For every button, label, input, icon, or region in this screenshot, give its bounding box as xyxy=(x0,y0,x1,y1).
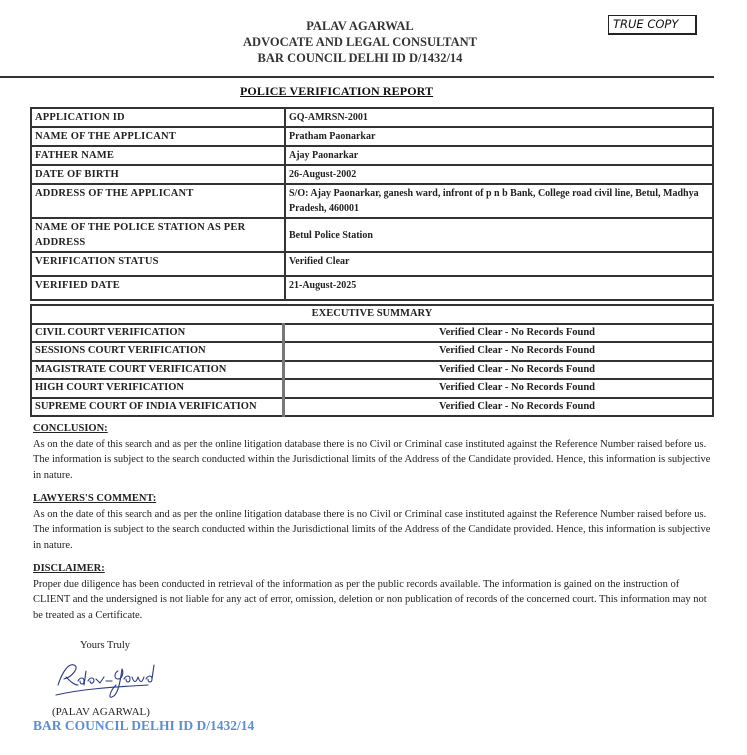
detail-row: NAME OF THE APPLICANTPratham Paonarkar xyxy=(31,127,713,146)
detail-row: FATHER NAMEAjay Paonarkar xyxy=(31,146,713,165)
detail-row: APPLICATION IDGQ-AMRSN-2001 xyxy=(31,108,713,127)
disclaimer-section: DISCLAIMER: Proper due diligence has bee… xyxy=(33,561,718,623)
detail-row: DATE OF BIRTH26-August-2002 xyxy=(31,165,713,184)
detail-value: Ajay Paonarkar xyxy=(285,146,713,165)
summary-row: SESSIONS COURT VERIFICATIONVerified Clea… xyxy=(31,342,713,361)
summary-header-row: EXECUTIVE SUMMARY xyxy=(31,305,713,324)
summary-row: SUPREME COURT OF INDIA VERIFICATIONVerif… xyxy=(31,398,713,417)
court-label: HIGH COURT VERIFICATION xyxy=(31,379,284,398)
summary-row: MAGISTRATE COURT VERIFICATIONVerified Cl… xyxy=(31,361,713,380)
lawyers-comment-heading: LAWYERS'S COMMENT: xyxy=(33,491,718,507)
advocate-designation: ADVOCATE AND LEGAL CONSULTANT xyxy=(230,34,490,50)
lawyers-comment-section: LAWYERS'S COMMENT: As on the date of thi… xyxy=(33,491,718,553)
executive-summary-table: EXECUTIVE SUMMARY CIVIL COURT VERIFICATI… xyxy=(30,304,714,417)
court-label: CIVIL COURT VERIFICATION xyxy=(31,324,284,343)
court-status: Verified Clear - No Records Found xyxy=(284,379,714,398)
detail-label: APPLICATION ID xyxy=(31,108,285,127)
letterhead: PALAV AGARWAL ADVOCATE AND LEGAL CONSULT… xyxy=(230,18,490,66)
advocate-name: PALAV AGARWAL xyxy=(230,18,490,34)
detail-label: VERIFICATION STATUS xyxy=(31,252,285,276)
detail-row: VERIFIED DATE21-August-2025 xyxy=(31,276,713,300)
header-divider xyxy=(0,76,714,78)
detail-value: GQ-AMRSN-2001 xyxy=(285,108,713,127)
signatory-bar-id: BAR COUNCIL DELHI ID D/1432/14 xyxy=(33,718,254,734)
summary-title: EXECUTIVE SUMMARY xyxy=(31,305,713,324)
closing-salutation: Yours Truly xyxy=(80,640,130,651)
detail-label: VERIFIED DATE xyxy=(31,276,285,300)
disclaimer-text: Proper due diligence has been conducted … xyxy=(33,577,718,624)
conclusion-section: CONCLUSION: As on the date of this searc… xyxy=(33,421,718,483)
detail-value: Betul Police Station xyxy=(285,218,713,252)
report-title: POLICE VERIFICATION REPORT xyxy=(240,84,433,99)
court-label: MAGISTRATE COURT VERIFICATION xyxy=(31,361,284,380)
detail-row: NAME OF THE POLICE STATION AS PER ADDRES… xyxy=(31,218,713,252)
detail-value: 21-August-2025 xyxy=(285,276,713,300)
detail-row: ADDRESS OF THE APPLICANTS/O: Ajay Paonar… xyxy=(31,184,713,218)
court-status: Verified Clear - No Records Found xyxy=(284,324,714,343)
court-status: Verified Clear - No Records Found xyxy=(284,398,714,417)
summary-row: HIGH COURT VERIFICATIONVerified Clear - … xyxy=(31,379,713,398)
detail-label: ADDRESS OF THE APPLICANT xyxy=(31,184,285,218)
court-status: Verified Clear - No Records Found xyxy=(284,342,714,361)
court-status: Verified Clear - No Records Found xyxy=(284,361,714,380)
detail-value: Verified Clear xyxy=(285,252,713,276)
applicant-details-table: APPLICATION IDGQ-AMRSN-2001NAME OF THE A… xyxy=(30,107,714,301)
summary-row: CIVIL COURT VERIFICATIONVerified Clear -… xyxy=(31,324,713,343)
detail-value: 26-August-2002 xyxy=(285,165,713,184)
signatory-name: (PALAV AGARWAL) xyxy=(52,706,150,718)
detail-label: DATE OF BIRTH xyxy=(31,165,285,184)
disclaimer-heading: DISCLAIMER: xyxy=(33,561,718,577)
true-copy-stamp: TRUE COPY xyxy=(608,15,697,35)
detail-label: FATHER NAME xyxy=(31,146,285,165)
court-label: SUPREME COURT OF INDIA VERIFICATION xyxy=(31,398,284,417)
detail-label: NAME OF THE APPLICANT xyxy=(31,127,285,146)
signature-icon xyxy=(52,655,162,703)
detail-value: S/O: Ajay Paonarkar, ganesh ward, infron… xyxy=(285,184,713,218)
conclusion-heading: CONCLUSION: xyxy=(33,421,718,437)
detail-value: Pratham Paonarkar xyxy=(285,127,713,146)
conclusion-text: As on the date of this search and as per… xyxy=(33,437,718,484)
detail-row: VERIFICATION STATUSVerified Clear xyxy=(31,252,713,276)
detail-label: NAME OF THE POLICE STATION AS PER ADDRES… xyxy=(31,218,285,252)
advocate-bar-id: BAR COUNCIL DELHI ID D/1432/14 xyxy=(230,50,490,66)
lawyers-comment-text: As on the date of this search and as per… xyxy=(33,507,718,554)
court-label: SESSIONS COURT VERIFICATION xyxy=(31,342,284,361)
